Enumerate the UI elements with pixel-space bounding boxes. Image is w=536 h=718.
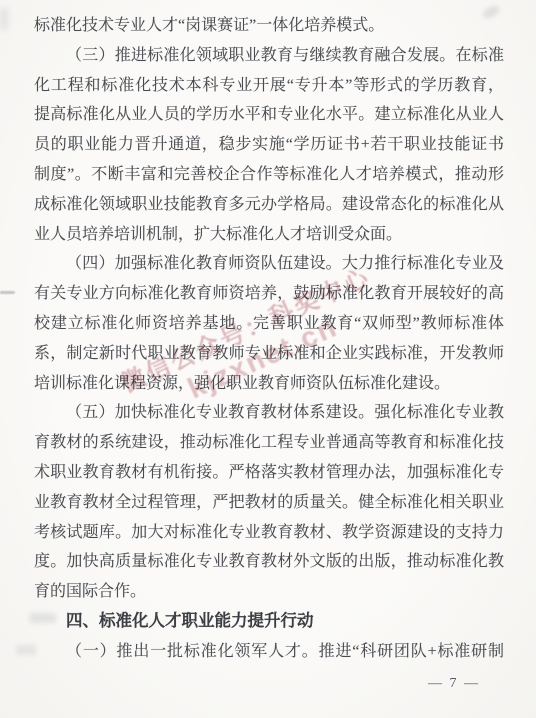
scan-artifact-left-dash [0,291,15,294]
scan-artifact-top-left [0,8,8,30]
body-line: 有关专业方向标准化教育师资培养，鼓励标准化教育开展较好的高 [34,279,504,309]
body-line: （三）推进标准化领域职业教育与继续教育融合发展。在标准 [34,41,504,71]
body-line: （一）推出一批标准化领军人才。推进“科研团队+标准研制 [34,637,504,667]
body-text-block: 标准化技术专业人才“岗课赛证”一体化培养模式。 （三）推进标准化领域职业教育与继… [34,11,504,667]
body-line: 提高标准化从业人员的学历水平和专业化水平。建立标准化从业人 [34,100,504,130]
section-heading: 四、标准化人才职业能力提升行动 [34,607,504,637]
body-line: 度。加快高质量标准化专业教育教材外文版的出版，推动标准化教 [34,547,504,577]
body-line: 成标准化领域职业技能教育多元办学格局。建设常态化的标准化从 [34,190,504,220]
body-line: 培训标准化课程资源，强化职业教育师资队伍标准化建设。 [34,369,504,399]
body-line: 术职业教育教材有机衔接。严格落实教材管理办法，加强标准化专 [34,458,504,488]
body-line: 员的职业能力晋升通道，稳步实施“学历证书+若干职业技能证书 [34,130,504,160]
body-line: 业教育教材全过程管理，严把教材的质量关。健全标准化相关职业 [34,488,504,518]
body-line: 制度”。不断丰富和完善校企合作等标准化人才培养模式，推动形 [34,160,504,190]
body-line: 校建立标准化师资培养基地。完善职业教育“双师型”教师标准体 [34,309,504,339]
scanned-document-page: 标准化技术专业人才“岗课赛证”一体化培养模式。 （三）推进标准化领域职业教育与继… [0,0,536,718]
body-line: 考核试题库。加大对标准化专业教育教材、教学资源建设的支持力 [34,518,504,548]
body-line: 育的国际合作。 [34,577,504,607]
page-number: — 7 — [414,676,494,692]
body-line: 业人员培养培训机制，扩大标准化人才培训受众面。 [34,220,504,250]
body-line: 育教材的系统建设，推动标准化工程专业普通高等教育和标准化技 [34,428,504,458]
body-line: （五）加快标准化专业教育教材体系建设。强化标准化专业教 [34,398,504,428]
body-line: 标准化技术专业人才“岗课赛证”一体化培养模式。 [34,11,504,41]
body-line: （四）加强标准化教育师资队伍建设。大力推行标准化专业及 [34,249,504,279]
body-line: 系，制定新时代职业教育教师专业标准和企业实践标准，开发教师 [34,339,504,369]
body-line: 化工程和标准化技术本科专业开展“专升本”等形式的学历教育， [34,71,504,101]
scan-artifact-paragraph-smudge [16,645,36,655]
